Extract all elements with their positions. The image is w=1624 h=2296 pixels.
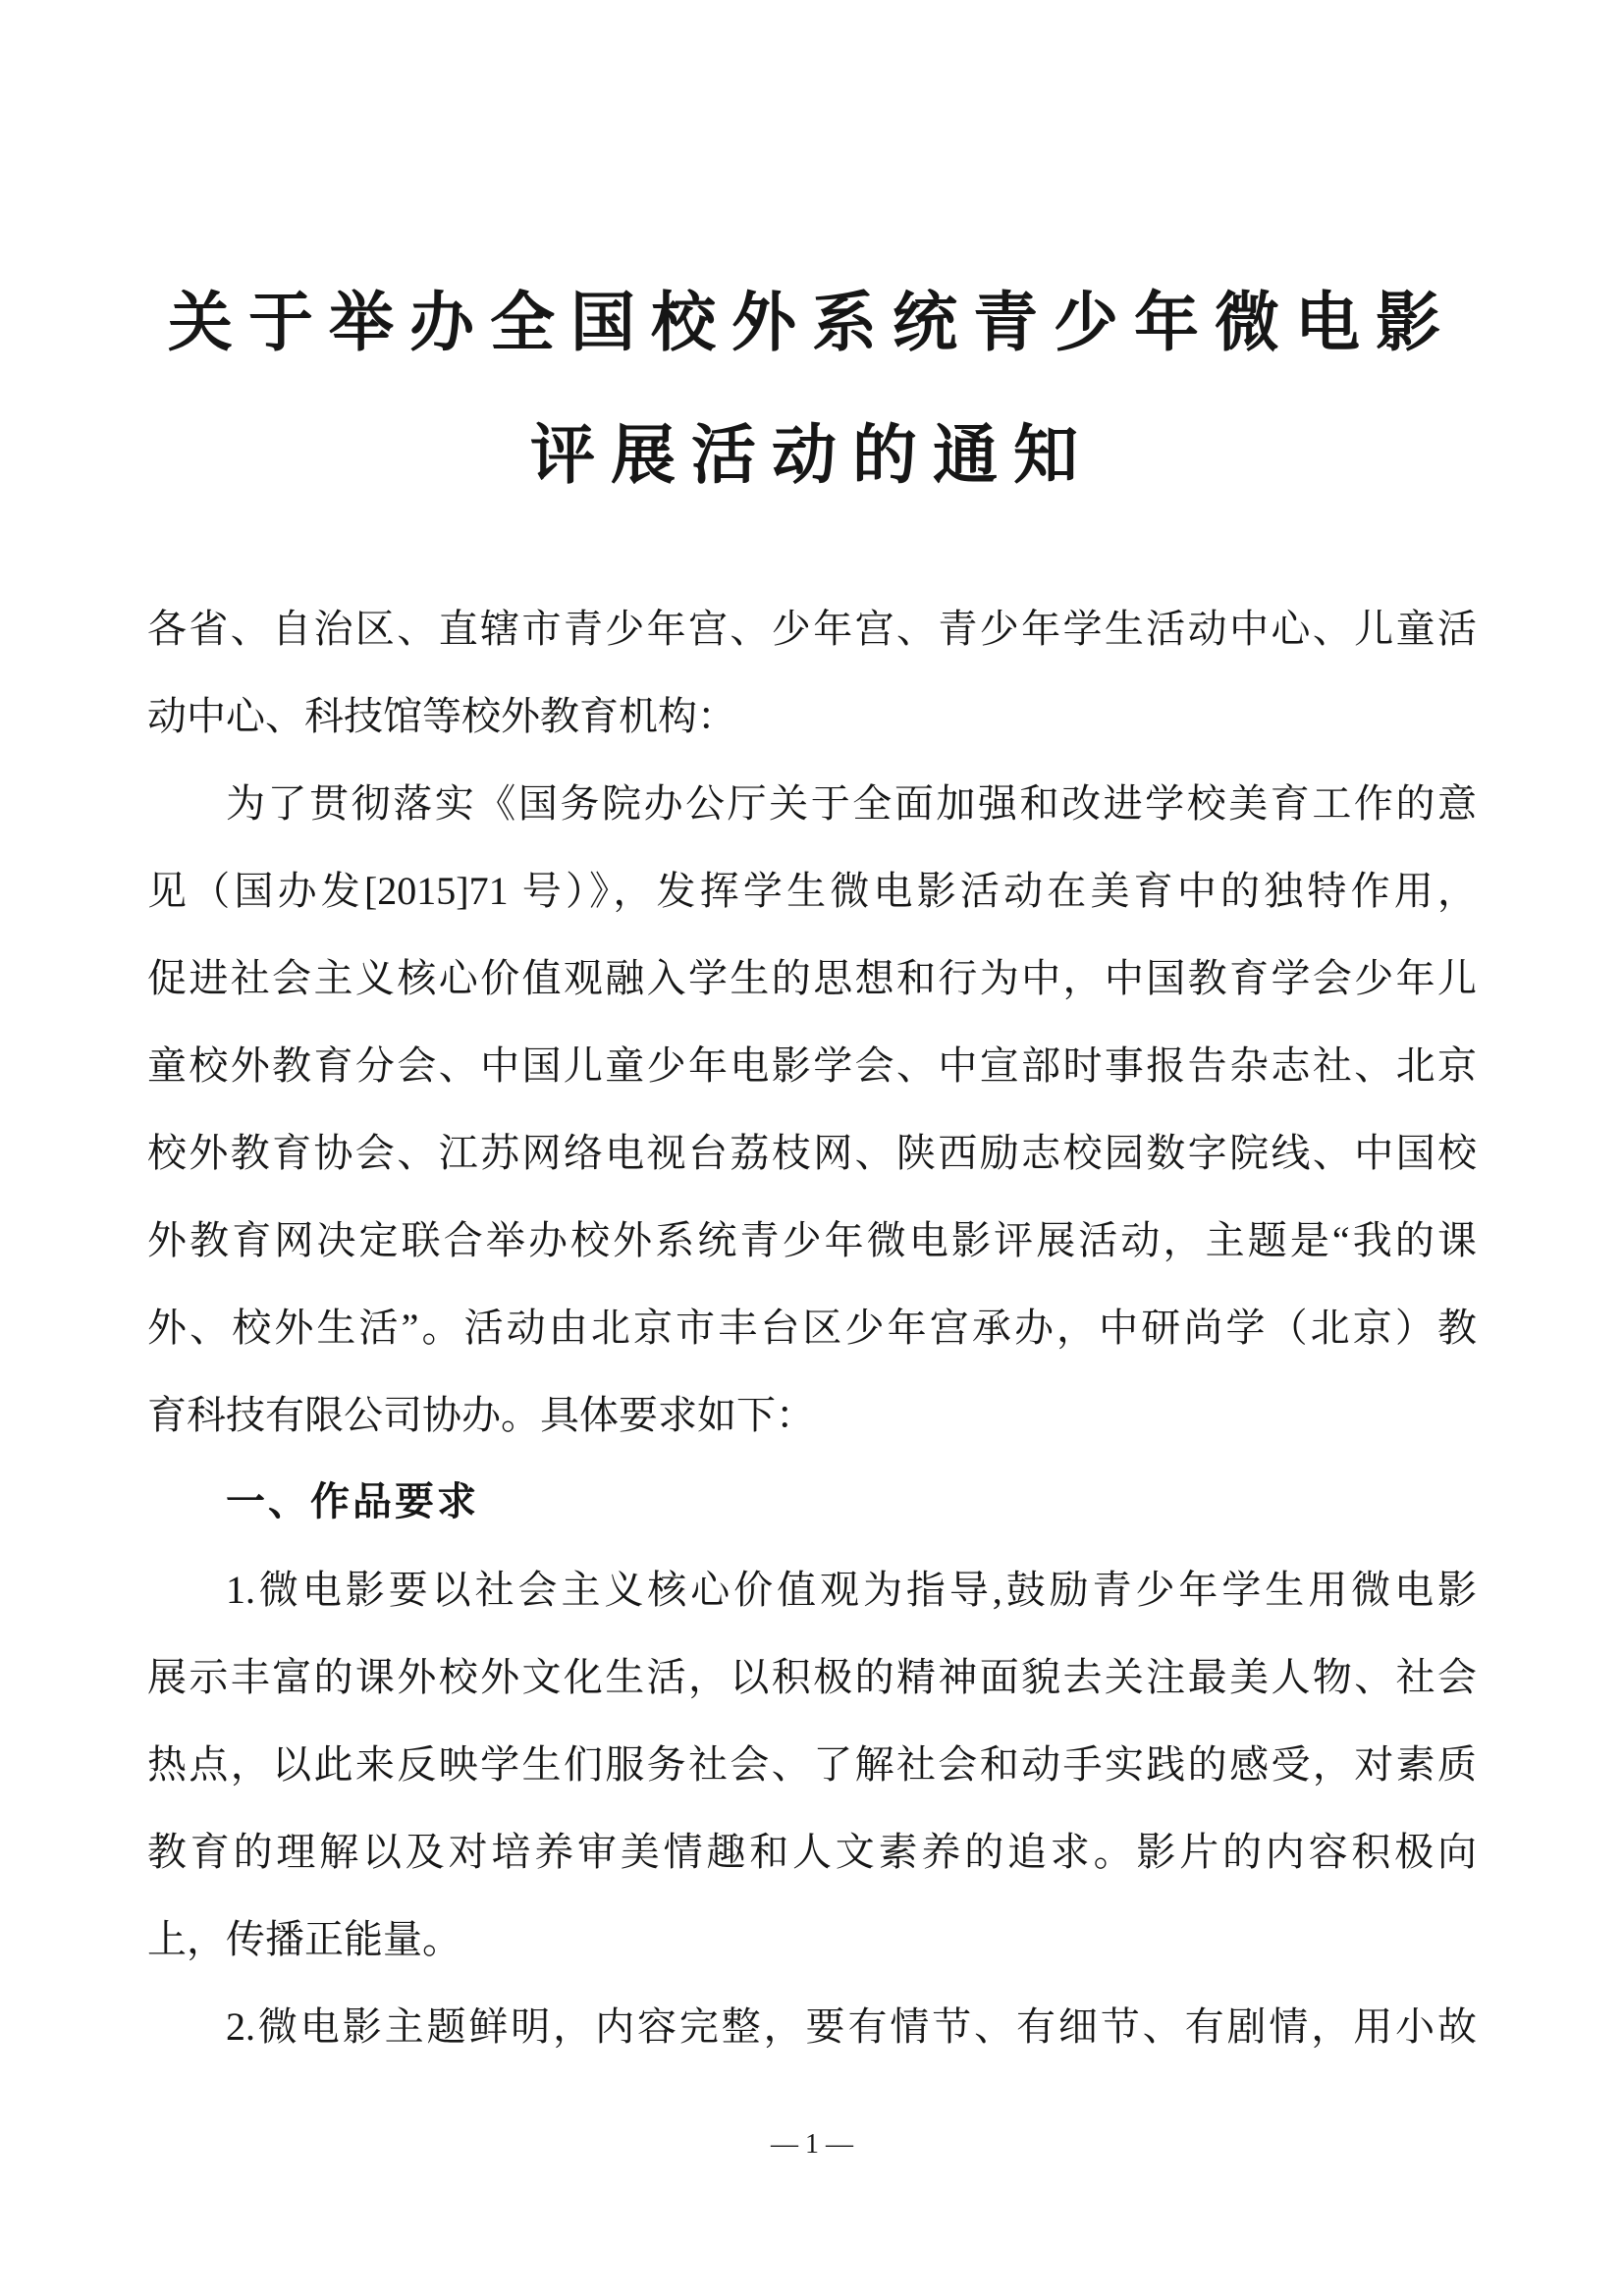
page-number: — 1 — <box>771 2129 853 2160</box>
text-line: 见（国办发[2015]71 号）》，发挥学生微电影活动在美育中的独特作用， <box>147 847 1477 934</box>
document-title: 关于举办全国校外系统青少年微电影 评展活动的通知 <box>147 257 1477 522</box>
text-line: 1.微电影要以社会主义核心价值观为指导,鼓励青少年学生用微电影 <box>147 1546 1477 1633</box>
text-line: 为了贯彻落实《国务院办公厅关于全面加强和改进学校美育工作的意 <box>147 760 1477 847</box>
intro-paragraph: 为了贯彻落实《国务院办公厅关于全面加强和改进学校美育工作的意见（国办发[2015… <box>147 760 1477 1459</box>
text-line: 上，传播正能量。 <box>147 1896 1477 1983</box>
page-footer: — 1 — <box>0 2120 1624 2169</box>
text-line: 外、校外生活”。活动由北京市丰台区少年宫承办，中研尚学（北京）教 <box>147 1284 1477 1371</box>
document-title-line-2: 评展活动的通知 <box>147 390 1477 522</box>
text-line: 热点，以此来反映学生们服务社会、了解社会和动手实践的感受，对素质 <box>147 1721 1477 1808</box>
text-line: 各省、自治区、直辖市青少年宫、少年宫、青少年学生活动中心、儿童活 <box>147 585 1477 672</box>
text-line: 校外教育协会、江苏网络电视台荔枝网、陕西励志校园数字院线、中国校 <box>147 1109 1477 1197</box>
document-title-line-1: 关于举办全国校外系统青少年微电影 <box>147 257 1477 390</box>
salutation-paragraph: 各省、自治区、直辖市青少年宫、少年宫、青少年学生活动中心、儿童活动中心、科技馆等… <box>147 585 1477 760</box>
text-line: 育科技有限公司协办。具体要求如下： <box>147 1371 1477 1459</box>
text-line: 动中心、科技馆等校外教育机构： <box>147 672 1477 760</box>
text-line: 促进社会主义核心价值观融入学生的思想和行为中，中国教育学会少年儿 <box>147 934 1477 1022</box>
text-line: 展示丰富的课外校外文化生活，以积极的精神面貌去关注最美人物、社会 <box>147 1633 1477 1721</box>
document-body: 各省、自治区、直辖市青少年宫、少年宫、青少年学生活动中心、儿童活动中心、科技馆等… <box>147 585 1477 2070</box>
document-content: 关于举办全国校外系统青少年微电影 评展活动的通知 各省、自治区、直辖市青少年宫、… <box>0 0 1624 2070</box>
document-page: 关于举办全国校外系统青少年微电影 评展活动的通知 各省、自治区、直辖市青少年宫、… <box>0 0 1624 2296</box>
requirement-2-paragraph: 2.微电影主题鲜明，内容完整，要有情节、有细节、有剧情，用小故 <box>147 1983 1477 2070</box>
text-line: 外教育网决定联合举办校外系统青少年微电影评展活动，主题是“我的课 <box>147 1197 1477 1284</box>
text-line: 2.微电影主题鲜明，内容完整，要有情节、有细节、有剧情，用小故 <box>147 1983 1477 2070</box>
text-line: 教育的理解以及对培养审美情趣和人文素养的追求。影片的内容积极向 <box>147 1808 1477 1896</box>
requirement-1-paragraph: 1.微电影要以社会主义核心价值观为指导,鼓励青少年学生用微电影展示丰富的课外校外… <box>147 1546 1477 1983</box>
text-line: 童校外教育分会、中国儿童少年电影学会、中宣部时事报告杂志社、北京 <box>147 1022 1477 1109</box>
section-heading-work-requirements: 一、作品要求 <box>147 1459 1477 1546</box>
